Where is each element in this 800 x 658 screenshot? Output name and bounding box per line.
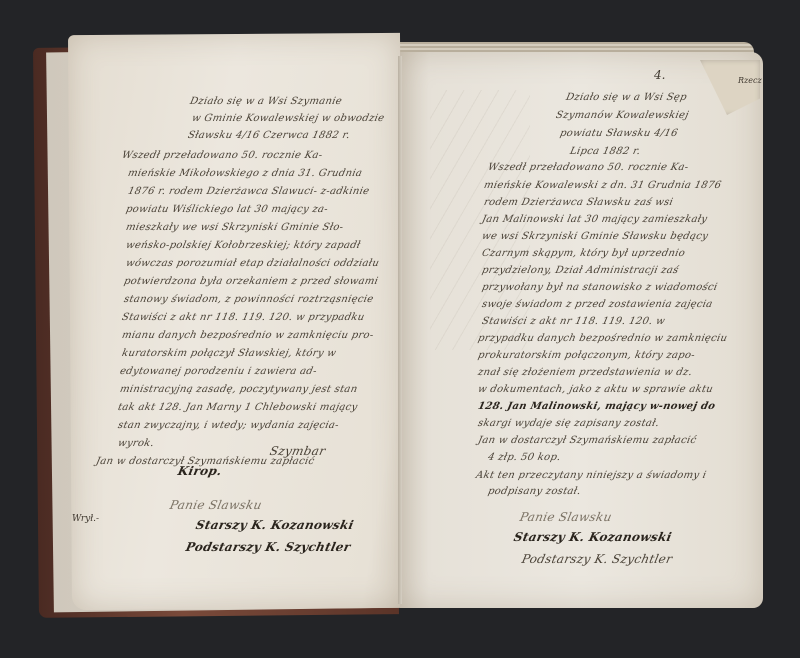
right-body-line: Jan w dostarczył Szymańskiemu zapłacić [477, 435, 698, 446]
book-gutter [398, 56, 402, 604]
left-signature-office: Panie Slawsku [169, 498, 264, 512]
left-signature-szymbar: Szymbar [269, 444, 327, 458]
left-body-line: Wszedł przeładowano 50. rocznie Ka- [121, 150, 324, 161]
left-body-line: 1876 r. rodem Dzierżawca Slawuci- z-adki… [127, 186, 371, 197]
right-body-line: skargi wydaje się zapisany został. [477, 418, 660, 429]
left-body-line: weńsko-polskiej Kołobrzeskiej; który zap… [125, 240, 362, 251]
right-body-line: znał się złożeniem przedstawienia w dz. [477, 367, 693, 378]
left-signature-kirop: Kirop. [177, 464, 224, 478]
right-body-line: podpisany został. [487, 486, 582, 497]
left-body-line: mieszkały we wsi Skrzyniski Gminie Sło- [125, 222, 345, 233]
right-body-line: Akt ten przeczytany niniejszy a świadomy… [475, 470, 708, 481]
right-body-line: we wsi Skrzyniski Gminie Sławsku będący [481, 231, 709, 242]
left-signature-podstarszy: Podstarszy K. Szychtler [185, 540, 352, 554]
right-body-line: mieńskie Kowalewski z dn. 31 Grudnia 187… [483, 180, 723, 191]
corner-note: Rzecz [738, 76, 762, 85]
left-body-line: tak akt 128. Jan Marny 1 Chlebowski mają… [117, 402, 359, 413]
right-body-line: 128. Jan Malinowski, mający w-nowej do [477, 401, 717, 412]
right-signature-office: Panie Slawsku [519, 510, 614, 524]
left-body-line: kuratorskim połączył Sławskiej, który w [121, 348, 337, 359]
left-body-line: mieńskie Mikołowskiego z dnia 31. Grudni… [127, 168, 363, 179]
left-body-line: wyrok. [117, 438, 155, 449]
left-heading-line: Sławsku 4/16 Czerwca 1882 r. [187, 130, 351, 141]
right-body-line: Stawiści z akt nr 118. 119. 120. w [481, 316, 666, 327]
left-signature-starszy: Starszy K. Kozanowski [195, 518, 356, 532]
right-body-line: rodem Dzierżawca Sławsku zaś wsi [483, 197, 674, 208]
left-margin-note: Wrył.- [72, 514, 99, 524]
left-heading-line: Działo się w a Wsi Szymanie [189, 96, 343, 107]
right-signature-starszy: Starszy K. Kozanowski [513, 530, 674, 544]
right-heading-line: Lipca 1882 r. [569, 146, 642, 157]
right-heading-line: Szymanów Kowalewskiej [555, 110, 690, 121]
left-heading-line: w Gminie Kowalewskiej w obwodzie [191, 113, 386, 124]
right-body-line: przywołany był na stanowisko z wiadomośc… [481, 282, 719, 293]
right-heading-line: Działo się w a Wsi Sęp [565, 92, 688, 103]
left-body-line: wówczas porozumiał etap działalności odd… [125, 258, 380, 269]
right-body-line: w dokumentach, jako z aktu w sprawie akt… [477, 384, 714, 395]
right-body-line: prokuratorskim połączonym, który zapo- [477, 350, 696, 361]
right-heading-line: powiatu Sławsku 4/16 [559, 128, 679, 139]
right-body-line: 4 złp. 50 kop. [487, 452, 562, 463]
left-body-line: mianu danych bezpośrednio w zamknięciu p… [121, 330, 375, 341]
right-body-line: przydzielony, Dział Administracji zaś [481, 265, 680, 276]
left-body-line: powiatu Wiślickiego lat 30 mający za- [125, 204, 329, 215]
right-body-line: swoje świadom z przed zostawienia zajęci… [481, 299, 714, 310]
left-body-line: stan zwyczajny, i wtedy; wydania zajęcia… [117, 420, 340, 431]
left-body-line: Stawiści z akt nr 118. 119. 120. w przyp… [121, 312, 366, 323]
page-number: 4. [654, 68, 665, 82]
left-body-line: stanowy świadom, z powinności roztrząsni… [123, 294, 375, 305]
left-body-line: potwierdzona była orzekaniem z przed sło… [123, 276, 379, 287]
left-body-line: ministracyjną zasadę, poczytywany jest s… [119, 384, 359, 395]
right-body-line: Wszedł przeładowano 50. rocznie Ka- [487, 162, 690, 173]
right-body-line: Jan Malinowski lat 30 mający zamieszkały [481, 214, 708, 225]
right-body-line: Czarnym skąpym, który był uprzednio [481, 248, 686, 259]
right-body-line: przypadku danych bezpośrednio w zamknięc… [477, 333, 729, 344]
right-signature-podstarszy: Podstarszy K. Szychtler [521, 552, 674, 566]
left-body-line: edytowanej porodzeniu i zawiera ad- [119, 366, 318, 377]
